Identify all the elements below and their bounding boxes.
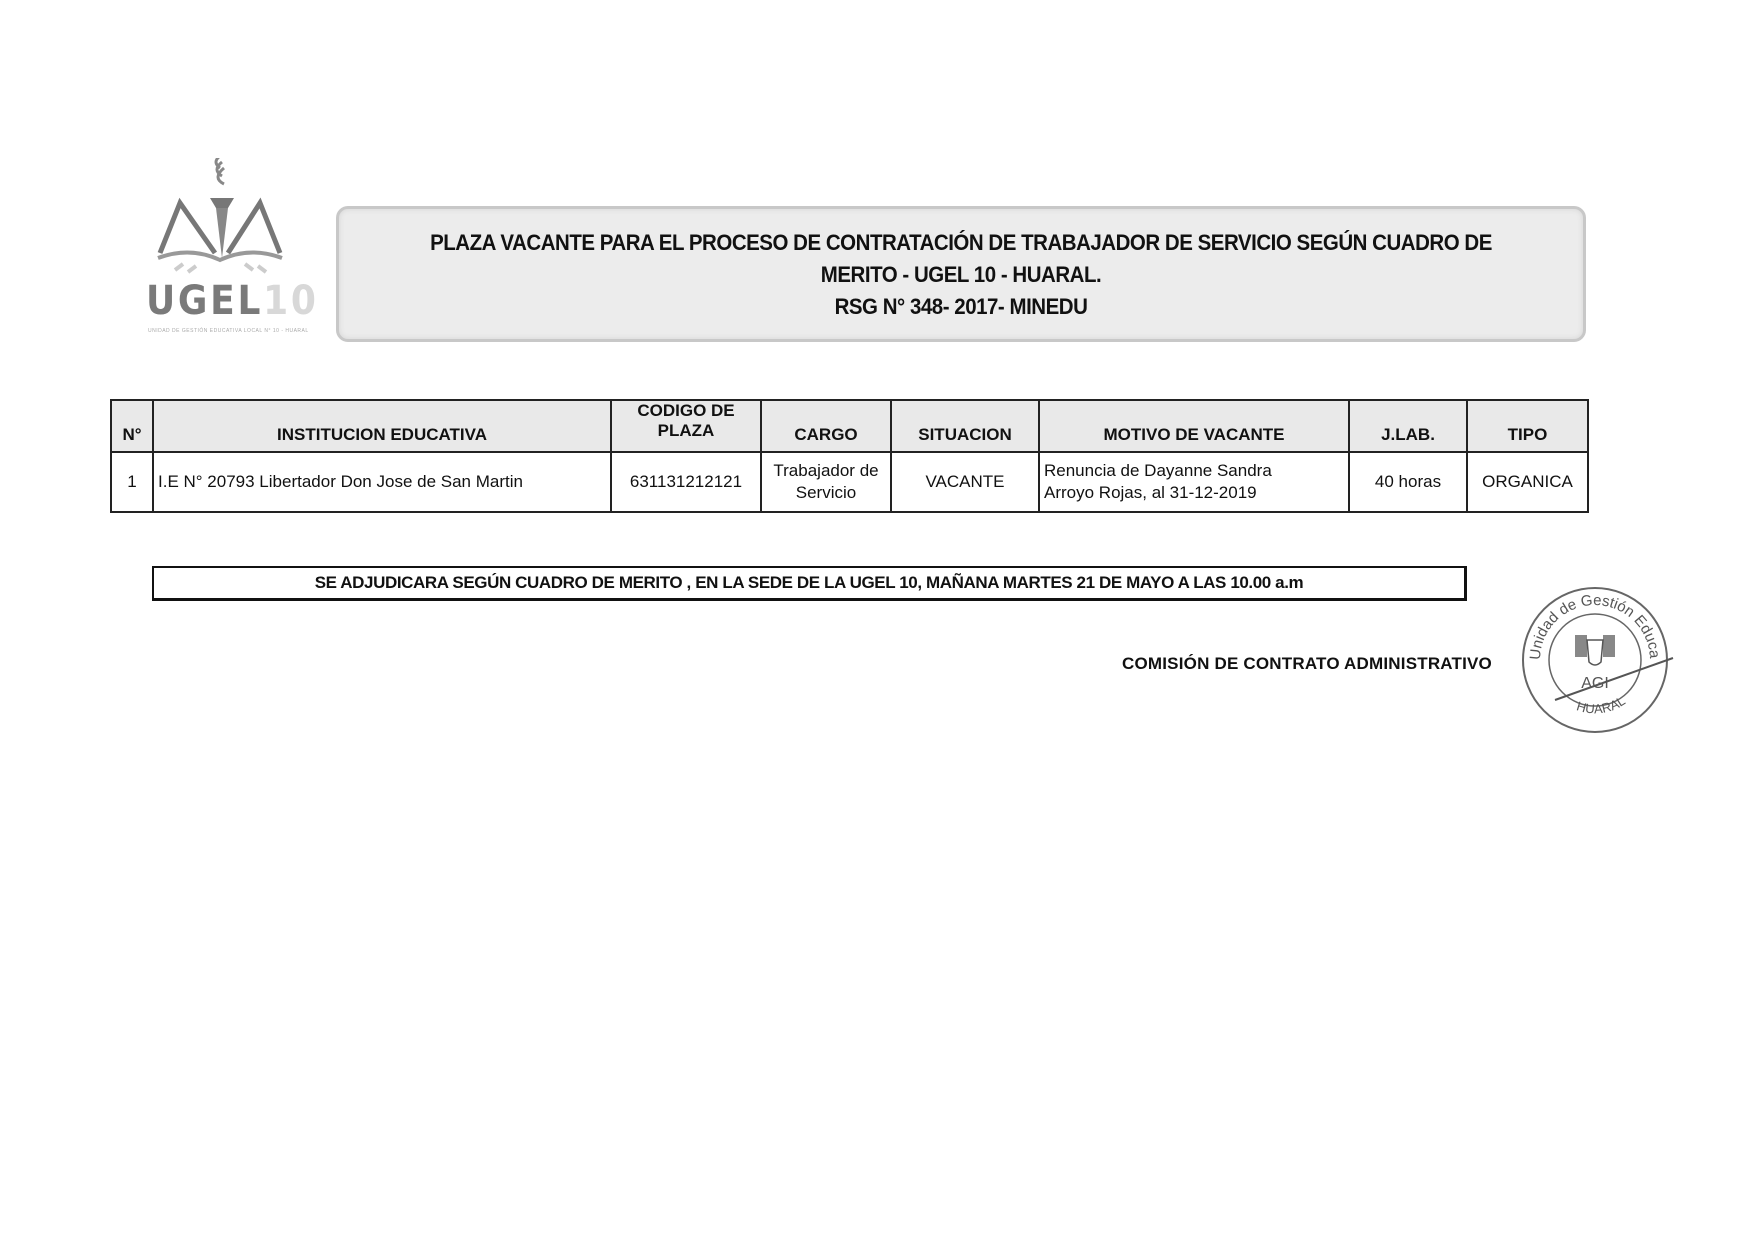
cell-institucion: I.E N° 20793 Libertador Don Jose de San …	[153, 452, 611, 512]
col-situacion: SITUACION	[891, 400, 1039, 452]
col-cargo: CARGO	[761, 400, 891, 452]
cell-situacion: VACANTE	[891, 452, 1039, 512]
col-institucion: INSTITUCION EDUCATIVA	[153, 400, 611, 452]
col-tipo: TIPO	[1467, 400, 1588, 452]
cell-codigo: 631131212121	[611, 452, 761, 512]
title-line-3: RSG N° 348- 2017- MINEDU	[383, 291, 1540, 323]
table-header-row: N° INSTITUCION EDUCATIVA CODIGO DEPLAZA …	[111, 400, 1588, 452]
official-stamp: Unidad de Gestión Educativa Local N° 10 …	[1515, 580, 1675, 740]
adjudication-notice: SE ADJUDICARA SEGÚN CUADRO DE MERITO , E…	[152, 566, 1467, 601]
svg-text:Unidad de Gestión Educativa Lo: Unidad de Gestión Educativa Local N° 10	[1515, 580, 1663, 660]
cell-tipo: ORGANICA	[1467, 452, 1588, 512]
svg-text:HUARAL: HUARAL	[1575, 693, 1628, 717]
vacancy-table: N° INSTITUCION EDUCATIVA CODIGO DEPLAZA …	[110, 399, 1589, 513]
cell-motivo: Renuncia de Dayanne SandraArroyo Rojas, …	[1039, 452, 1349, 512]
book-torch-icon	[150, 158, 290, 278]
logo-subtitle: UNIDAD DE GESTIÓN EDUCATIVA LOCAL N° 10 …	[148, 328, 309, 334]
title-line-1: PLAZA VACANTE PARA EL PROCESO DE CONTRAT…	[383, 227, 1540, 259]
document-title-box: PLAZA VACANTE PARA EL PROCESO DE CONTRAT…	[336, 206, 1586, 342]
logo-wordmark: UGEL10	[146, 278, 319, 324]
col-motivo: MOTIVO DE VACANTE	[1039, 400, 1349, 452]
col-num: N°	[111, 400, 153, 452]
table-row: 1 I.E N° 20793 Libertador Don Jose de Sa…	[111, 452, 1588, 512]
cell-cargo: Trabajador deServicio	[761, 452, 891, 512]
cell-num: 1	[111, 452, 153, 512]
col-codigo: CODIGO DEPLAZA	[611, 400, 761, 452]
signature-commission: COMISIÓN DE CONTRATO ADMINISTRATIVO	[1122, 654, 1492, 674]
seal-icon: Unidad de Gestión Educativa Local N° 10 …	[1515, 580, 1675, 740]
title-line-2: MERITO - UGEL 10 - HUARAL.	[383, 259, 1540, 291]
cell-jlab: 40 horas	[1349, 452, 1467, 512]
ugel-logo: UGEL10 UNIDAD DE GESTIÓN EDUCATIVA LOCAL…	[140, 158, 310, 338]
col-jlab: J.LAB.	[1349, 400, 1467, 452]
